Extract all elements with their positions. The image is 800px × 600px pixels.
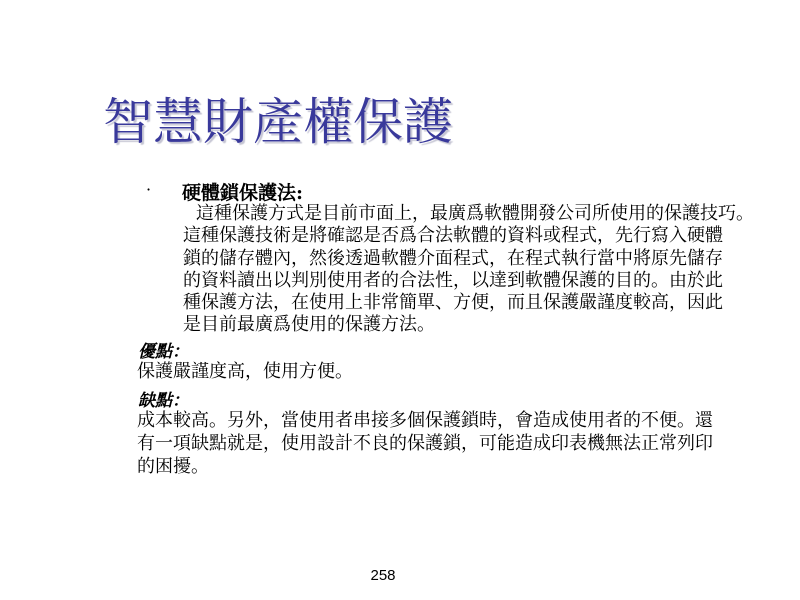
disadvantages-heading: 缺點： xyxy=(138,386,189,411)
page-number: 258 xyxy=(333,567,433,584)
advantages-heading: 優點： xyxy=(138,337,189,362)
disadvantages-line: 有一項缺點就是，使用設計不良的保護鎖，可能造成印表機無法正常列印 xyxy=(137,432,713,455)
bullet-dot-icon: · xyxy=(146,180,151,199)
slide-title: 智慧財產權保護 xyxy=(103,82,453,154)
paragraph-line: 是目前最廣爲使用的保護方法。 xyxy=(183,314,743,336)
paragraph-line: 這種保護方式是目前市面上，最廣爲軟體開發公司所使用的保護技巧。 xyxy=(183,203,743,225)
paragraph-line: 這種保護技術是將確認是否爲合法軟體的資料或程式，先行寫入硬體 xyxy=(183,225,743,247)
advantages-text: 保護嚴謹度高，使用方便。 xyxy=(137,360,353,383)
presentation-slide: 智慧財產權保護 · 硬體鎖保護法: 這種保護方式是目前市面上，最廣爲軟體開發公司… xyxy=(0,0,800,600)
disadvantages-line: 成本較高。另外，當使用者串接多個保護鎖時，會造成使用者的不便。還 xyxy=(137,409,713,432)
advantages-line: 保護嚴謹度高，使用方便。 xyxy=(137,360,353,383)
bullet-heading-hardware-lock: 硬體鎖保護法: xyxy=(182,178,303,205)
disadvantages-text: 成本較高。另外，當使用者串接多個保護鎖時，會造成使用者的不便。還 有一項缺點就是… xyxy=(137,409,713,478)
body-paragraph: 這種保護方式是目前市面上，最廣爲軟體開發公司所使用的保護技巧。 這種保護技術是將… xyxy=(183,203,743,337)
paragraph-line: 的資料讀出以判別使用者的合法性，以達到軟體保護的目的。由於此 xyxy=(183,270,743,292)
paragraph-line: 鎖的儲存體內，然後透過軟體介面程式，在程式執行當中將原先儲存 xyxy=(183,248,743,270)
disadvantages-line: 的困擾。 xyxy=(137,455,713,478)
paragraph-line: 種保護方法，在使用上非常簡單、方便，而且保護嚴謹度較高，因此 xyxy=(183,292,743,314)
